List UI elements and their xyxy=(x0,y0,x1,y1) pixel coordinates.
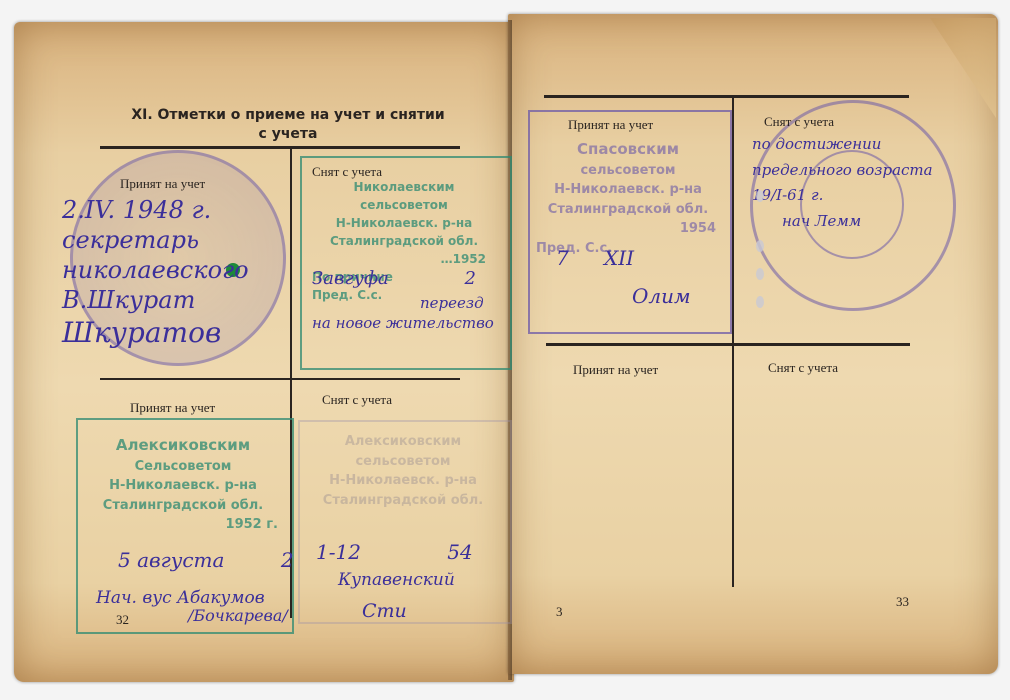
header-removed: Снят с учета xyxy=(322,392,392,408)
section-title-line1: XI. Отметки о приеме на учет и снятии xyxy=(108,106,468,125)
punched-hole xyxy=(756,268,764,280)
stamp-line: сельсоветом xyxy=(302,196,506,214)
header-accepted: Принят на учет xyxy=(573,362,658,378)
hand-line: Олим xyxy=(632,284,691,309)
stamp-line: сельсоветом xyxy=(300,452,506,472)
stamp-line: Спасовским xyxy=(530,138,726,161)
hand-line: 19/I-61 г. xyxy=(752,183,933,209)
handwritten-entry: Завгуфа 2 xyxy=(312,268,476,291)
hand-line: В.Шкурат xyxy=(62,285,249,315)
hand-line: по достижении xyxy=(752,132,933,158)
hand-line: николаевского xyxy=(62,255,249,285)
hand-line: 2.IV. 1948 г. xyxy=(62,195,249,225)
hand-line: 7 xyxy=(556,246,569,271)
stamp-line: Алексиковским xyxy=(78,434,288,457)
handwritten-entry: по достижении предельного возраста 19/I-… xyxy=(752,132,933,234)
header-accepted: Принят на учет xyxy=(568,117,653,133)
stamp-line: …1952 xyxy=(302,250,506,268)
page-number: 32 xyxy=(116,612,129,628)
hand-line: переезд xyxy=(420,294,484,313)
faded-stamp-text: Алексиковским сельсоветом Н-Николаевск. … xyxy=(300,432,506,510)
hand-line: Купавенский xyxy=(338,570,455,591)
page-number: 3 xyxy=(556,604,563,620)
header-accepted: Принят на учет xyxy=(130,400,215,416)
hand-line: 54 xyxy=(447,540,472,564)
punched-hole xyxy=(756,190,764,202)
stamp-line: 1954 xyxy=(530,219,726,239)
stamp-line: Сельсоветом xyxy=(78,457,288,477)
table-top-rule xyxy=(100,146,460,149)
table-row-divider xyxy=(100,378,460,380)
hand-line: секретарь xyxy=(62,225,249,255)
table-column-divider xyxy=(732,97,734,587)
punched-hole xyxy=(756,296,764,308)
hand-line: 2 xyxy=(281,548,294,572)
stamp-line: Сталинградской обл. xyxy=(78,496,288,516)
hand-line: 2 xyxy=(465,268,476,289)
stamp-line: Сталинградской обл. xyxy=(300,491,506,511)
table-row-divider xyxy=(546,343,910,346)
header-removed: Снят с учета xyxy=(764,114,834,130)
hand-line: XII xyxy=(604,246,634,271)
stamp-line: Н-Николаевск. р-на xyxy=(300,471,506,491)
stamp-line: Сталинградской обл. xyxy=(530,200,726,220)
hand-line: 1-12 xyxy=(316,540,361,564)
stamp-line: сельсоветом xyxy=(530,161,726,181)
hand-line: предельного возраста xyxy=(752,158,933,184)
stamp-line: Сталинградской обл. xyxy=(302,232,506,250)
hand-line: Сти xyxy=(362,600,407,624)
page-number: 33 xyxy=(896,594,909,610)
stamp-line: 1952 г. xyxy=(78,515,288,535)
hand-line: нач Лемм xyxy=(752,209,933,235)
stamp-line: Н-Николаевск. р-на xyxy=(302,214,506,232)
section-title: XI. Отметки о приеме на учет и снятии с … xyxy=(108,106,468,144)
handwritten-entry: 5 августа 2 xyxy=(118,548,294,573)
hand-line: Завгуфа xyxy=(312,268,389,289)
hand-line: 5 августа xyxy=(118,548,224,572)
section-title-line2: с учета xyxy=(108,125,468,144)
hand-line: Шкуратов xyxy=(62,315,249,350)
handwritten-entry: 2.IV. 1948 г. секретарь николаевского В.… xyxy=(62,195,249,350)
stamp-line: Николаевским xyxy=(302,178,506,196)
handwritten-entry: 1-12 54 xyxy=(316,540,473,565)
stamp-line: Н-Николаевск. р-на xyxy=(530,180,726,200)
stamp-line: Алексиковским xyxy=(300,432,506,452)
header-accepted: Принят на учет xyxy=(120,176,205,192)
stamp-text: Алексиковским Сельсоветом Н-Николаевск. … xyxy=(78,434,288,535)
punched-hole xyxy=(756,240,764,252)
header-removed: Снят с учета xyxy=(768,360,838,376)
table-top-rule xyxy=(544,95,909,98)
hand-line: на новое жительство xyxy=(312,314,494,333)
stamp-text: Спасовским сельсоветом Н-Николаевск. р-н… xyxy=(530,138,726,258)
stamp-line: Н-Николаевск. р-на xyxy=(78,476,288,496)
hand-line: /Бочкарева/ xyxy=(188,606,288,626)
